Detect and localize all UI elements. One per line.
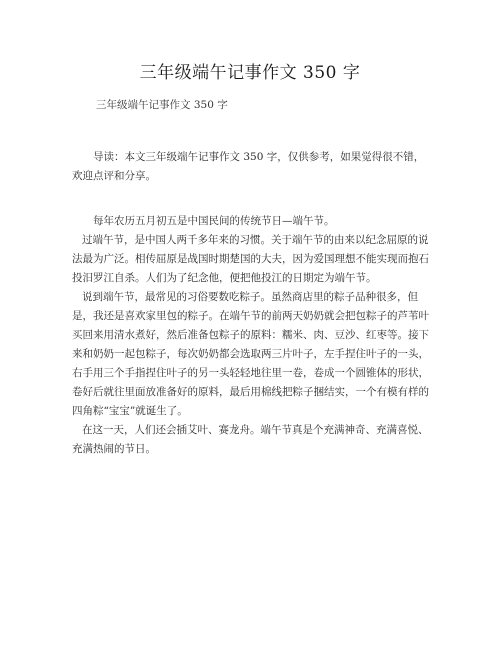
document-title: 三年级端午记事作文 350 字 (0, 58, 500, 83)
essay-paragraph-4: 在这一天，人们还会插艾叶、赛龙舟。端午节真是个充满神奇、充满喜悦、充满热闹的节日… (72, 421, 430, 459)
essay-paragraph-3: 说到端午节，最常见的习俗要数吃粽子。虽然商店里的粽子品种很多，但是，我还是喜欢家… (72, 288, 430, 421)
lead-paragraph: 导读：本文三年级端午记事作文 350 字，仅供参考，如果觉得很不错，欢迎点评和分… (72, 148, 430, 186)
lead-section: 导读：本文三年级端午记事作文 350 字，仅供参考，如果觉得很不错，欢迎点评和分… (72, 148, 430, 186)
essay-paragraph-2: 过端午节，是中国人两千多年来的习惯。关于端午节的由来以纪念屈原的说法最为广泛。相… (72, 231, 430, 288)
essay-paragraph-1: 每年农历五月初五是中国民间的传统节日—端午节。 (72, 212, 430, 231)
document-subtitle: 三年级端午记事作文 350 字 (96, 97, 228, 112)
essay-body: 每年农历五月初五是中国民间的传统节日—端午节。 过端午节，是中国人两千多年来的习… (72, 212, 430, 459)
